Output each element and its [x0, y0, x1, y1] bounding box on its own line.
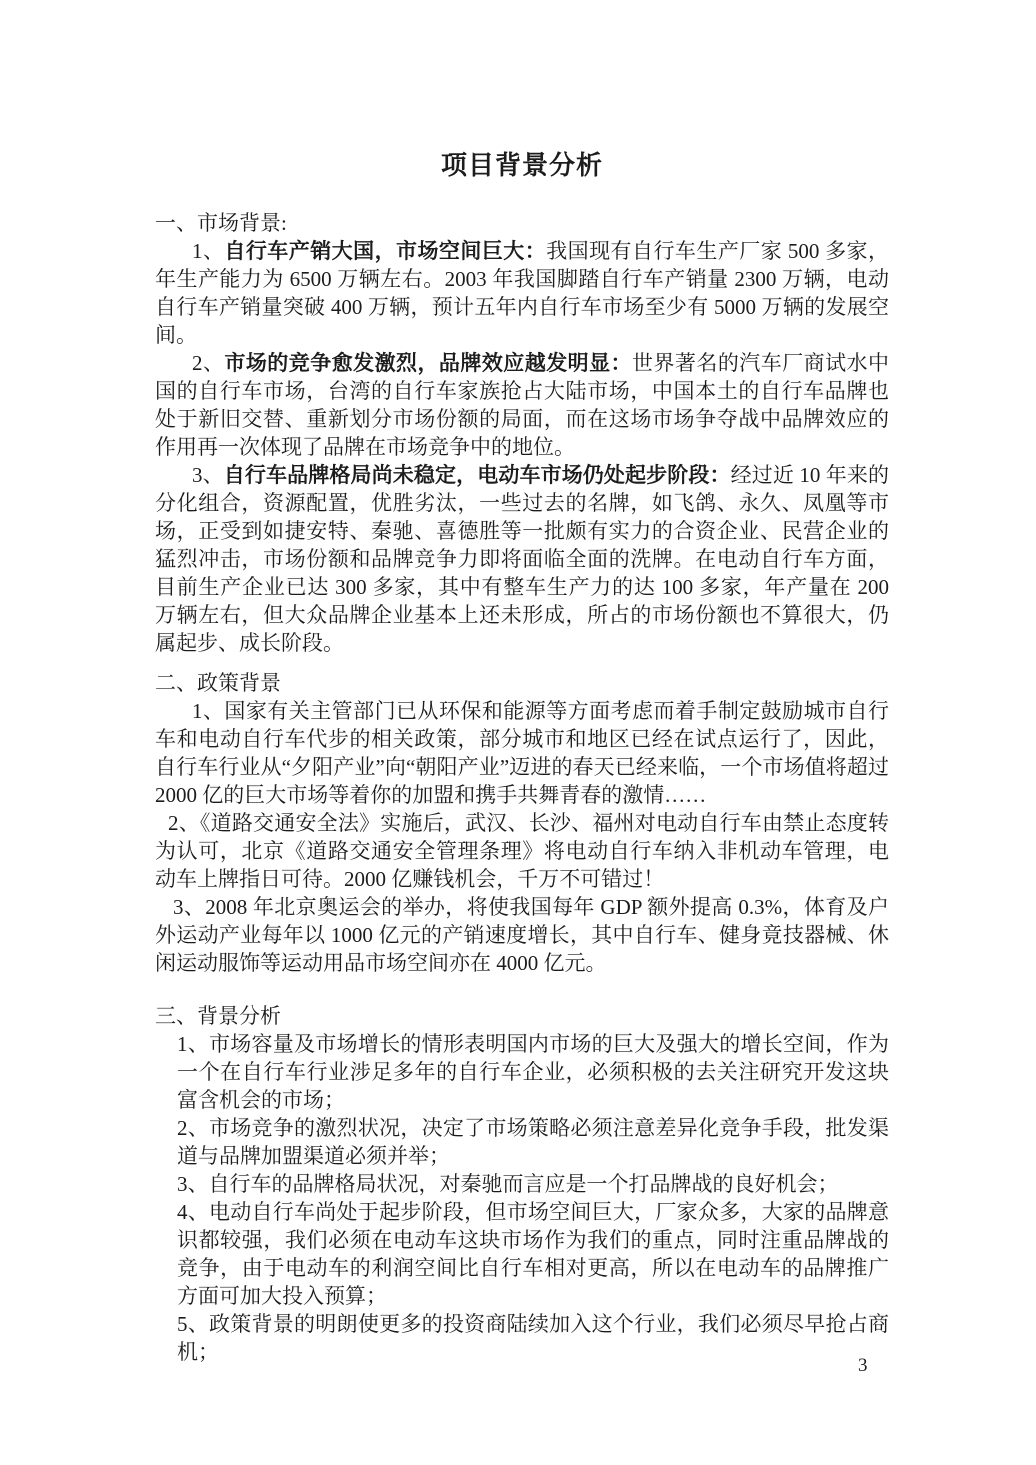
paragraph-lead-bold: 自行车品牌格局尚未稳定，电动车市场仍处起步阶段：	[224, 463, 731, 487]
paragraph-number: 3、	[192, 463, 224, 487]
section-1-heading: 一、市场背景:	[155, 209, 889, 237]
paragraph: 2、《道路交通安全法》实施后，武汉、长沙、福州对电动自行车由禁止态度转为认可，北…	[155, 809, 889, 893]
section-market-background: 一、市场背景: 1、自行车产销大国，市场空间巨大：我国现有自行车生产厂家 500…	[155, 209, 889, 657]
paragraph-number: 1、	[192, 239, 224, 263]
section-policy-background: 二、政策背景 1、国家有关主管部门已从环保和能源等方面考虑而着手制定鼓励城市自行…	[155, 669, 889, 977]
section-background-analysis: 三、背景分析 1、市场容量及市场增长的情形表明国内市场的巨大及强大的增长空间，作…	[155, 1002, 889, 1366]
paragraph: 3、自行车品牌格局尚未稳定，电动车市场仍处起步阶段：经过近 10 年来的分化组合…	[155, 461, 889, 657]
paragraph: 1、国家有关主管部门已从环保和能源等方面考虑而着手制定鼓励城市自行车和电动自行车…	[155, 697, 889, 809]
list-item: 5、政策背景的明朗使更多的投资商陆续加入这个行业，我们必须尽早抢占商机；	[177, 1310, 889, 1366]
paragraph-lead-bold: 自行车产销大国，市场空间巨大：	[224, 239, 546, 263]
analysis-item-list: 1、市场容量及市场增长的情形表明国内市场的巨大及强大的增长空间，作为一个在自行车…	[177, 1030, 889, 1366]
paragraph: 2、市场的竞争愈发激烈，品牌效应越发明显：世界著名的汽车厂商试水中国的自行车市场…	[155, 349, 889, 461]
section-3-heading: 三、背景分析	[155, 1002, 889, 1030]
list-item: 3、自行车的品牌格局状况，对秦驰而言应是一个打品牌战的良好机会；	[177, 1170, 889, 1198]
paragraph: 1、自行车产销大国，市场空间巨大：我国现有自行车生产厂家 500 多家，年生产能…	[155, 237, 889, 349]
list-item: 1、市场容量及市场增长的情形表明国内市场的巨大及强大的增长空间，作为一个在自行车…	[177, 1030, 889, 1114]
page-title: 项目背景分析	[155, 146, 889, 186]
document-content: 项目背景分析 一、市场背景: 1、自行车产销大国，市场空间巨大：我国现有自行车生…	[155, 146, 889, 1366]
document-page: 项目背景分析 一、市场背景: 1、自行车产销大国，市场空间巨大：我国现有自行车生…	[0, 0, 1036, 1465]
section-2-heading: 二、政策背景	[155, 669, 889, 697]
page-number: 3	[858, 1353, 868, 1379]
paragraph-lead-bold: 市场的竞争愈发激烈，品牌效应越发明显：	[224, 351, 632, 375]
list-item: 2、市场竞争的激烈状况，决定了市场策略必须注意差异化竞争手段，批发渠道与品牌加盟…	[177, 1114, 889, 1170]
paragraph-text: 经过近 10 年来的分化组合，资源配置，优胜劣汰，一些过去的名牌，如飞鸽、永久、…	[155, 463, 889, 655]
paragraph-number: 2、	[192, 351, 224, 375]
list-item: 4、电动自行车尚处于起步阶段，但市场空间巨大，厂家众多，大家的品牌意识都较强，我…	[177, 1198, 889, 1310]
paragraph: 3、2008 年北京奥运会的举办，将使我国每年 GDP 额外提高 0.3%，体育…	[155, 893, 889, 977]
